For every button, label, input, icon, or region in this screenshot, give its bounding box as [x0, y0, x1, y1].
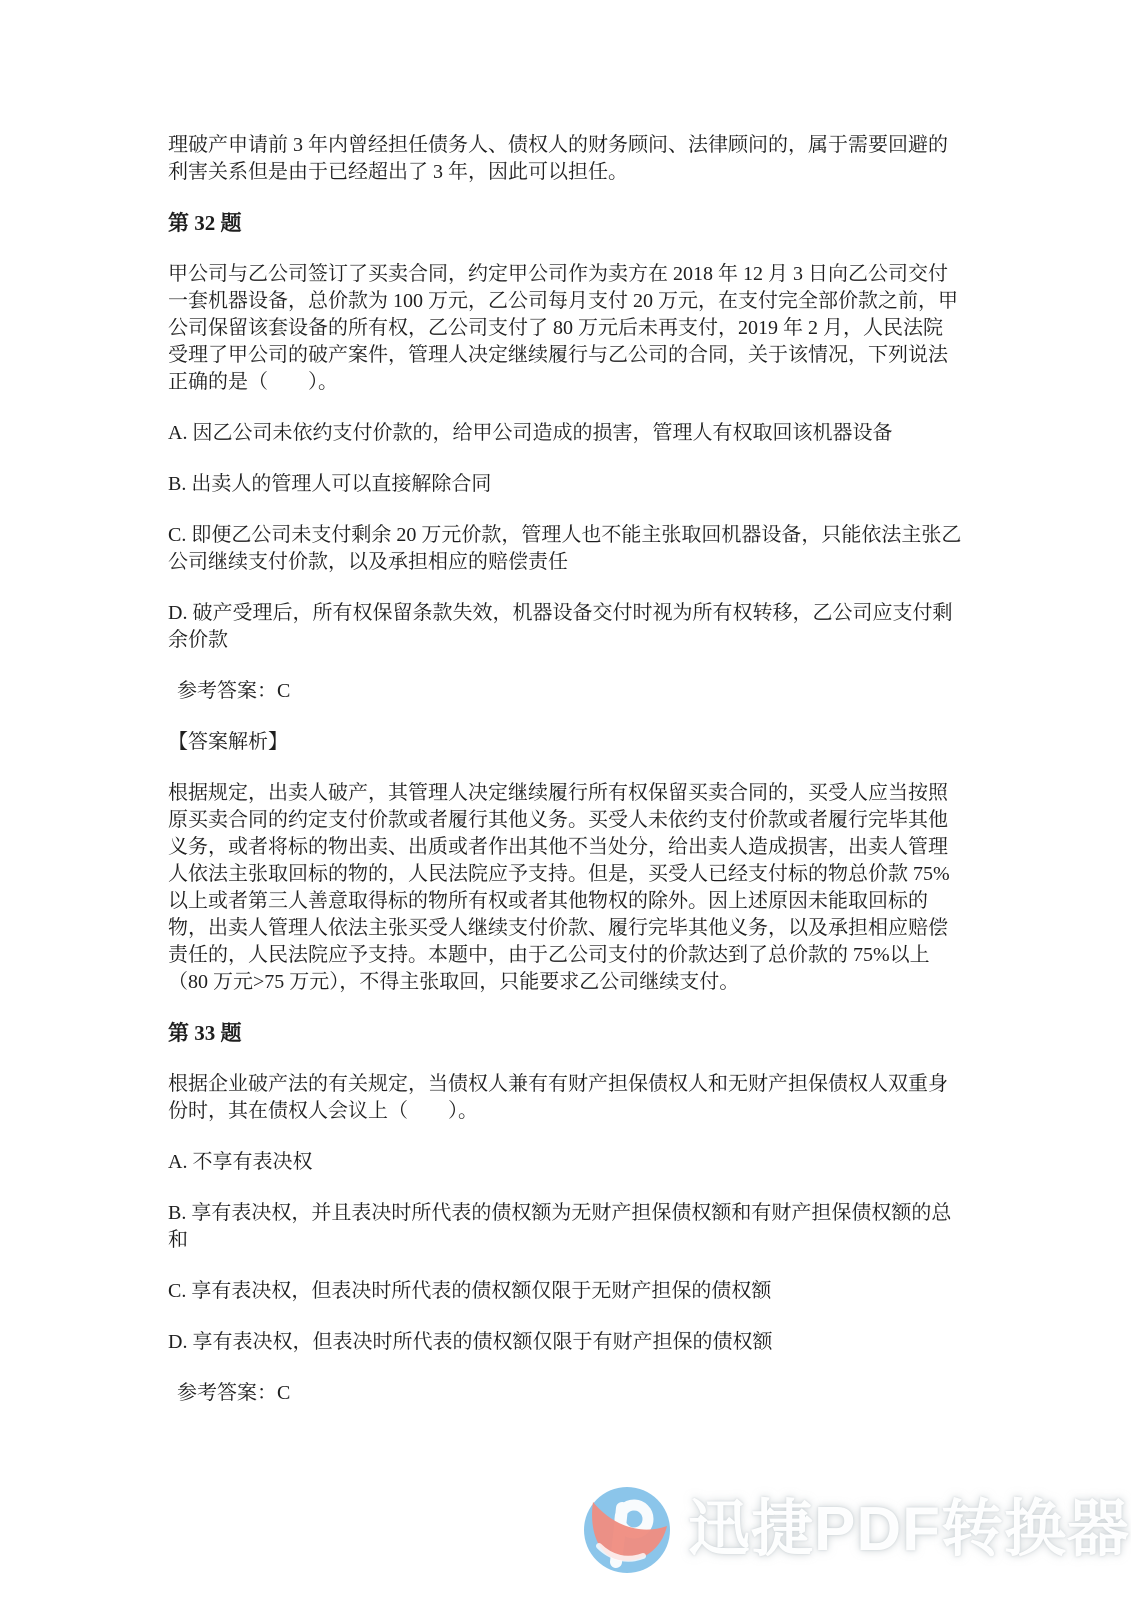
question-33-option-c: C. 享有表决权，但表决时所代表的债权额仅限于无财产担保的债权额: [168, 1278, 968, 1305]
watermark-brand-text: 迅捷PDF转换器: [688, 1486, 1130, 1574]
question-33-stem: 根据企业破产法的有关规定，当债权人兼有有财产担保债权人和无财产担保债权人双重身 …: [168, 1071, 968, 1125]
question-32-analysis-heading: 【答案解析】: [168, 729, 968, 756]
question-33-heading: 第 33 题: [168, 1020, 991, 1047]
document-page: 理破产申请前 3 年内曾经担任债务人、债权人的财务顾问、法律顾问的，属于需要回避…: [0, 0, 1131, 1600]
question-32-answer: 参考答案：C: [168, 678, 977, 705]
intro-continuation-paragraph: 理破产申请前 3 年内曾经担任债务人、债权人的财务顾问、法律顾问的，属于需要回避…: [168, 132, 968, 186]
question-33-option-a: A. 不享有表决权: [168, 1149, 968, 1176]
question-32-option-c: C. 即便乙公司未支付剩余 20 万元价款，管理人也不能主张取回机器设备，只能依…: [168, 522, 968, 576]
question-33-option-b: B. 享有表决权，并且表决时所代表的债权额为无财产担保债权额和有财产担保债权额的…: [168, 1200, 968, 1254]
question-33-option-d: D. 享有表决权，但表决时所代表的债权额仅限于有财产担保的债权额: [168, 1329, 968, 1356]
question-32-option-d: D. 破产受理后，所有权保留条款失效，机器设备交付时视为所有权转移，乙公司应支付…: [168, 600, 968, 654]
question-32-analysis: 根据规定，出卖人破产，其管理人决定继续履行所有权保留买卖合同的，买受人应当按照 …: [168, 780, 968, 996]
question-32-option-a: A. 因乙公司未依约支付价款的，给甲公司造成的损害，管理人有权取回该机器设备: [168, 420, 968, 447]
question-32-stem: 甲公司与乙公司签订了买卖合同，约定甲公司作为卖方在 2018 年 12 月 3 …: [168, 261, 968, 396]
question-32-heading: 第 32 题: [168, 210, 991, 237]
question-32-option-b: B. 出卖人的管理人可以直接解除合同: [168, 471, 968, 498]
pdf-converter-watermark: 迅捷PDF转换器: [583, 1486, 1130, 1574]
question-33-answer: 参考答案：C: [168, 1380, 977, 1407]
pdf-converter-logo-icon: [583, 1486, 671, 1574]
